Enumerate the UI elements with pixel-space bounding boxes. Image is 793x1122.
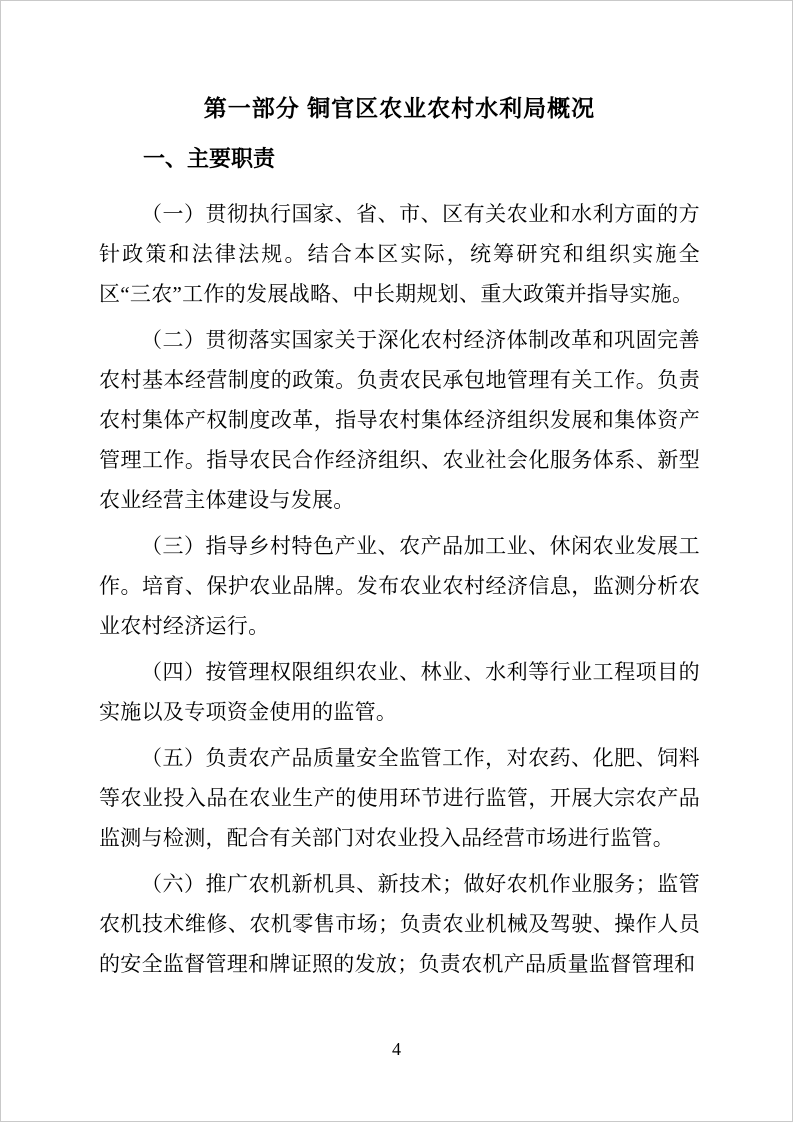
paragraph-6: （六）推广农机新机具、新技术；做好农机作业服务；监管农机技术维修、农机零售市场；…: [99, 864, 700, 984]
paragraph-2: （二）贯彻落实国家关于深化农村经济体制改革和巩固完善农村基本经营制度的政策。负责…: [99, 320, 700, 520]
section-heading: 一、主要职责: [99, 146, 700, 171]
document-page: 第一部分 铜官区农业农村水利局概况 一、主要职责 （一）贯彻执行国家、省、市、区…: [0, 0, 793, 1122]
page-number: 4: [1, 1037, 792, 1061]
paragraph-5: （五）负责农产品质量安全监管工作，对农药、化肥、饲料等农业投入品在农业生产的使用…: [99, 738, 700, 858]
paragraph-4: （四）按管理权限组织农业、林业、水利等行业工程项目的实施以及专项资金使用的监管。: [99, 652, 700, 732]
body-text: （一）贯彻执行国家、省、市、区有关农业和水利方面的方针政策和法律法规。结合本区实…: [99, 194, 700, 984]
paragraph-1: （一）贯彻执行国家、省、市、区有关农业和水利方面的方针政策和法律法规。结合本区实…: [99, 194, 700, 314]
paragraph-3: （三）指导乡村特色产业、农产品加工业、休闲农业发展工作。培育、保护农业品牌。发布…: [99, 526, 700, 646]
document-title: 第一部分 铜官区农业农村水利局概况: [99, 95, 700, 122]
document-content: 第一部分 铜官区农业农村水利局概况 一、主要职责 （一）贯彻执行国家、省、市、区…: [1, 1, 792, 984]
